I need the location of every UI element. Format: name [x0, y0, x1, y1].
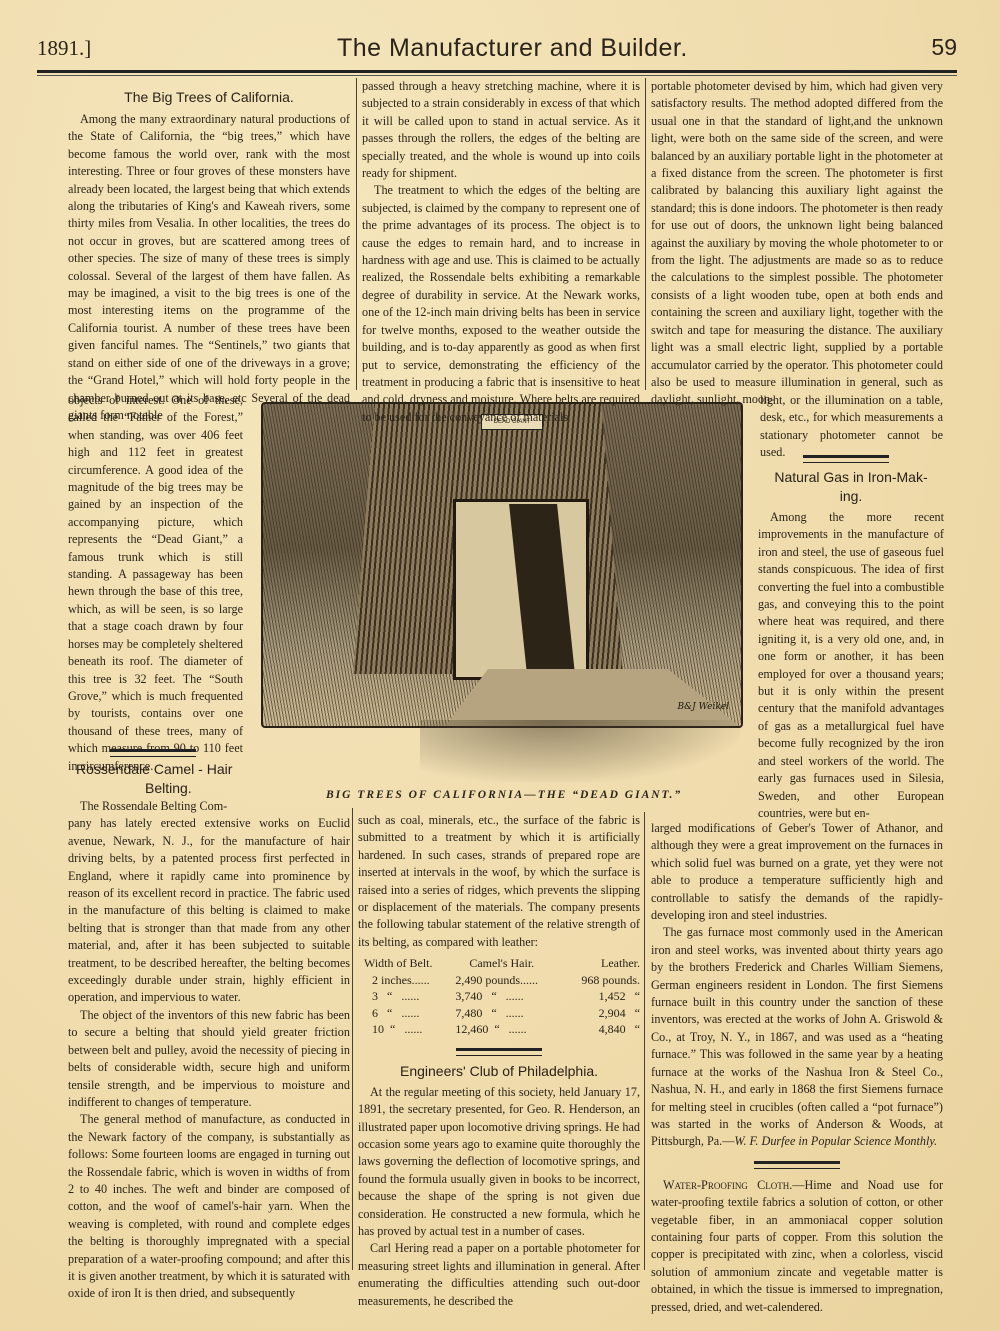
- table-cell: 10 “ ......: [358, 1021, 455, 1038]
- section-divider: [754, 1161, 840, 1169]
- running-head: 1891.] The Manufacturer and Builder. 59: [37, 36, 957, 66]
- issue-year: 1891.]: [37, 36, 91, 61]
- paragraph: The treatment to which the edges of the …: [362, 182, 640, 426]
- article-title: The Big Trees of California.: [68, 88, 350, 107]
- paragraph: Among the many extraordinary natural pro…: [68, 111, 350, 424]
- table-row: 6 “ ...... 7,480 “ ...... 2,904 “: [358, 1005, 640, 1022]
- paragraph: pany has lately erected extensive works …: [68, 815, 350, 1006]
- paragraph: The gas furnace most commonly used in th…: [651, 924, 943, 1150]
- column-separator: [644, 812, 645, 1270]
- header-rule: [37, 70, 957, 73]
- page-number: 59: [931, 34, 957, 61]
- table-cell: 3 “ ......: [358, 988, 455, 1005]
- column-separator: [356, 78, 357, 390]
- table-cell: 3,740 “ ......: [455, 988, 563, 1005]
- article-rossendale-cont: passed through a heavy stretching machin…: [362, 78, 640, 426]
- table-row: 2 inches...... 2,490 pounds...... 968 po…: [358, 972, 640, 989]
- header-rule-thin: [37, 75, 957, 76]
- paragraph: The general method of manufacture, as co…: [68, 1111, 350, 1302]
- paragraph-text: —Hime and Noad use for water-proofing te…: [651, 1178, 943, 1314]
- table-cell: 2,904 “: [563, 1005, 640, 1022]
- table-header-row: Width of Belt. Camel's Hair. Leather.: [358, 955, 640, 972]
- article-title: Natural Gas in Iron-Mak-: [758, 468, 944, 487]
- paragraph: Water-Proofing Cloth.—Hime and Noad use …: [651, 1177, 943, 1316]
- article-rossendale-cont2: such as coal, minerals, etc., the surfac…: [358, 812, 640, 1310]
- paragraph: passed through a heavy stretching machin…: [362, 78, 640, 182]
- paragraph: objects of interest. One of these, calle…: [68, 392, 243, 775]
- table-header: Leather.: [563, 955, 640, 972]
- paragraph: portable photometer devised by him, whic…: [651, 78, 943, 409]
- paragraph-text: The gas furnace most commonly used in th…: [651, 925, 943, 1148]
- article-lead: Water-Proofing Cloth.: [663, 1178, 792, 1192]
- illustration-caption: BIG TREES OF CALIFORNIA—THE “DEAD GIANT.…: [326, 789, 726, 801]
- article-title-cont: ing.: [758, 487, 944, 506]
- article-body: The Rossendale Belting Com- pany has lat…: [68, 798, 350, 1303]
- paragraph: larged modifications of Geber's Tower of…: [651, 820, 943, 924]
- table-cell: 12,460 “ ......: [455, 1021, 563, 1038]
- column-separator: [352, 808, 353, 1270]
- article-engineers-club-cont: portable photometer devised by him, whic…: [651, 78, 943, 409]
- paragraph: The object of the inventors of this new …: [68, 1007, 350, 1111]
- table-cell: 6 “ ......: [358, 1005, 455, 1022]
- table-cell: 2,490 pounds......: [455, 972, 563, 989]
- belt-strength-table: Width of Belt. Camel's Hair. Leather. 2 …: [358, 955, 640, 1038]
- table-row: 3 “ ...... 3,740 “ ...... 1,452 “: [358, 988, 640, 1005]
- illustration-road-extension: [420, 720, 740, 782]
- paragraph: Among the more recent improvements in th…: [758, 509, 944, 822]
- article-title-cont: Belting.: [68, 779, 350, 798]
- article-title: Engineers' Club of Philadelphia.: [358, 1062, 640, 1081]
- table-cell: 968 pounds.: [563, 972, 640, 989]
- dead-giant-illustration: DEAD GIANT B&J Weikel: [261, 402, 743, 728]
- article-rossendale: Rossendale Camel - Hair Belting. The Ros…: [68, 760, 350, 1303]
- table-cell: 1,452 “: [563, 988, 640, 1005]
- paragraph: light, or the illumination on a table, d…: [760, 392, 943, 462]
- column-separator: [645, 78, 646, 390]
- article-water-proofing: Water-Proofing Cloth.—Hime and Noad use …: [651, 1177, 943, 1316]
- paragraph: The Rossendale Belting Com-: [68, 798, 350, 815]
- table-row: 10 “ ...... 12,460 “ ...... 4,840 “: [358, 1021, 640, 1038]
- section-divider: [803, 455, 889, 463]
- article-body-narrow: objects of interest. One of these, calle…: [68, 392, 243, 775]
- paragraph: Carl Hering read a paper on a portable p…: [358, 1240, 640, 1310]
- article-big-trees: The Big Trees of California. Among the m…: [68, 88, 350, 424]
- paragraph: At the regular meeting of this society, …: [358, 1084, 640, 1241]
- article-natural-gas-cont: larged modifications of Geber's Tower of…: [651, 820, 943, 1316]
- article-body: At the regular meeting of this society, …: [358, 1084, 640, 1310]
- attribution: W. F. Durfee in Popular Science Monthly.: [734, 1134, 937, 1148]
- table-cell: 7,480 “ ......: [455, 1005, 563, 1022]
- section-divider: [456, 1048, 542, 1056]
- table-cell: 4,840 “: [563, 1021, 640, 1038]
- article-engineers-club-narrow: light, or the illumination on a table, d…: [760, 392, 943, 462]
- engraver-signature: B&J Weikel: [678, 702, 729, 712]
- publication-title: The Manufacturer and Builder.: [337, 34, 688, 63]
- article-natural-gas: Natural Gas in Iron-Mak- ing. Among the …: [758, 468, 944, 822]
- table-cell: 2 inches......: [358, 972, 455, 989]
- section-divider: [110, 749, 196, 757]
- paragraph: such as coal, minerals, etc., the surfac…: [358, 812, 640, 951]
- article-body: Among the many extraordinary natural pro…: [68, 111, 350, 424]
- table-header: Camel's Hair.: [455, 955, 563, 972]
- table-header: Width of Belt.: [358, 955, 455, 972]
- article-title: Rossendale Camel - Hair: [68, 760, 350, 779]
